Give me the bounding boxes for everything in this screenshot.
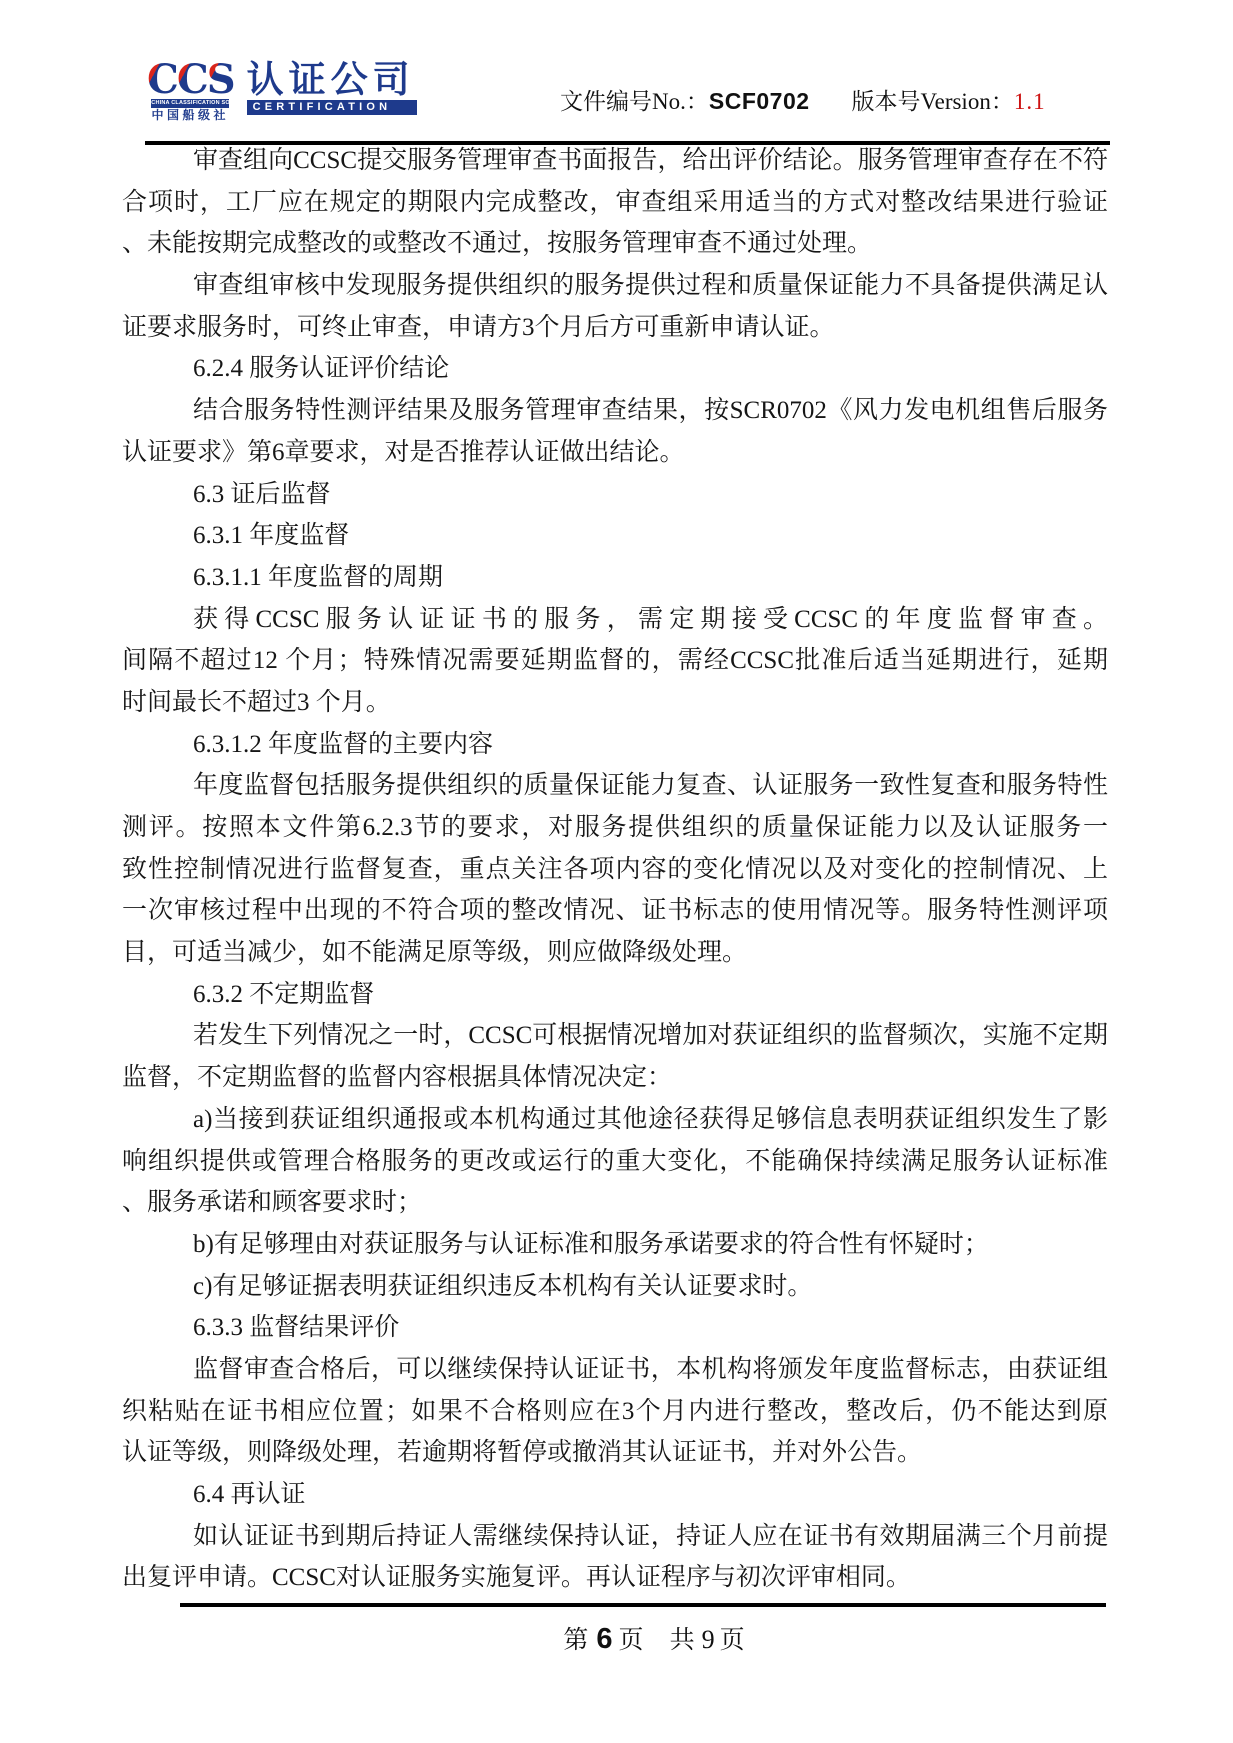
ccs-logo-right: 认证公司 CERTIFICATION (247, 62, 417, 115)
text-line: 合项时，工厂应在规定的期限内完成整改，审查组采用适当的方式对整改结果进行验证 (122, 182, 1108, 224)
text-line: 测评。按照本文件第6.2.3节的要求，对服务提供组织的质量保证能力以及认证服务一 (122, 807, 1108, 849)
doc-no-value: SCF0702 (709, 88, 810, 114)
document-page: CCS CHINA CLASSIFICATION SOCIETY 中国船级社 认… (0, 0, 1233, 1743)
text-line: 获得CCSC服务认证证书的服务，需定期接受CCSC的年度监督审查。原则上两次审查 (122, 599, 1108, 641)
ccs-wordmark: CCS (147, 62, 234, 98)
doc-no-label: 文件编号No.： (560, 89, 709, 114)
text-line: b)有足够理由对获证服务与认证标准和服务承诺要求的符合性有怀疑时； (122, 1224, 1108, 1266)
document-body: 审查组向CCSC提交服务管理审查书面报告，给出评价结论。服务管理审查存在不符合项… (122, 140, 1108, 1599)
text-line: 目，可适当减少，如不能满足原等级，则应做降级处理。 (122, 932, 1108, 974)
text-line: 结合服务特性测评结果及服务管理审查结果，按SCR0702《风力发电机组售后服务 (122, 390, 1108, 432)
ccs-letter: C (147, 56, 177, 103)
text-line: a)当接到获证组织通报或本机构通过其他途径获得足够信息表明获证组织发生了影 (122, 1099, 1108, 1141)
page-number: 第6页共9页 (0, 1622, 1233, 1658)
text-line: c)有足够证据表明获证组织违反本机构有关认证要求时。 (122, 1266, 1108, 1308)
version-label: 版本号Version： (852, 89, 1014, 114)
text-line: 6.3.1.1 年度监督的周期 (122, 557, 1108, 599)
text-line: 审查组审核中发现服务提供组织的服务提供过程和质量保证能力不具备提供满足认 (122, 265, 1108, 307)
text-line: 若发生下列情况之一时，CCSC可根据情况增加对获证组织的监督频次，实施不定期 (122, 1015, 1108, 1057)
text-line: 一次审核过程中出现的不符合项的整改情况、证书标志的使用情况等。服务特性测评项 (122, 890, 1108, 932)
page-current: 6 (596, 1623, 612, 1655)
text-line: 审查组向CCSC提交服务管理审查书面报告，给出评价结论。服务管理审查存在不符 (122, 140, 1108, 182)
text-line: 监督审查合格后，可以继续保持认证证书，本机构将颁发年度监督标志，由获证组 (122, 1349, 1108, 1391)
total-label: 共 (670, 1627, 697, 1654)
text-line: 6.3.2 不定期监督 (122, 974, 1108, 1016)
text-line: 年度监督包括服务提供组织的质量保证能力复查、认证服务一致性复查和服务特性 (122, 765, 1108, 807)
page-label: 第 (563, 1627, 590, 1654)
text-line: 织粘贴在证书相应位置；如果不合格则应在3个月内进行整改，整改后，仍不能达到原 (122, 1391, 1108, 1433)
document-meta: 文件编号No.：SCF0702版本号Version：1.1 (560, 86, 1120, 117)
text-line: 间隔不超过12 个月；特殊情况需要延期监督的，需经CCSC批准后适当延期进行，延… (122, 640, 1108, 682)
text-line: 6.3.1.2 年度监督的主要内容 (122, 724, 1108, 766)
certification-banner: CERTIFICATION (247, 100, 417, 115)
ccs-letter: C (177, 56, 207, 103)
ccs-letter: S (207, 56, 234, 103)
text-line: 认证等级，则降级处理，若逾期将暂停或撤消其认证证书，并对外公告。 (122, 1432, 1108, 1474)
text-line: 证要求服务时，可终止审查，申请方3个月后方可重新申请认证。 (122, 307, 1108, 349)
page-unit: 页 (619, 1627, 646, 1654)
text-line: 6.3.1 年度监督 (122, 515, 1108, 557)
footer-rule (180, 1603, 1106, 1607)
text-line: 出复评申请。CCSC对认证服务实施复评。再认证程序与初次评审相同。 (122, 1557, 1108, 1599)
text-line: 时间最长不超过3 个月。 (122, 682, 1108, 724)
text-line: 6.4 再认证 (122, 1474, 1108, 1516)
page-total: 9 (702, 1625, 715, 1654)
text-line: 认证要求》第6章要求，对是否推荐认证做出结论。 (122, 432, 1108, 474)
text-line: 6.2.4 服务认证评价结论 (122, 348, 1108, 390)
text-line: 如认证证书到期后持证人需继续保持认证，持证人应在证书有效期届满三个月前提 (122, 1516, 1108, 1558)
text-line: 监督，不定期监督的监督内容根据具体情况决定： (122, 1057, 1108, 1099)
text-line: 6.3.3 监督结果评价 (122, 1307, 1108, 1349)
ccs-society-cn: 中国船级社 (152, 109, 230, 122)
version-value: 1.1 (1014, 89, 1046, 114)
text-line: 、服务承诺和顾客要求时； (122, 1182, 1108, 1224)
ccs-logo-left: CCS CHINA CLASSIFICATION SOCIETY 中国船级社 (147, 62, 234, 122)
ccs-logo: CCS CHINA CLASSIFICATION SOCIETY 中国船级社 认… (147, 62, 417, 122)
text-line: 、未能按期完成整改的或整改不通过，按服务管理审查不通过处理。 (122, 223, 1108, 265)
text-line: 6.3 证后监督 (122, 474, 1108, 516)
ccs-society-banner: CHINA CLASSIFICATION SOCIETY (151, 99, 229, 108)
text-line: 致性控制情况进行监督复查，重点关注各项内容的变化情况以及对变化的控制情况、上 (122, 849, 1108, 891)
total-unit: 页 (720, 1627, 747, 1654)
text-line: 响组织提供或管理合格服务的更改或运行的重大变化，不能确保持续满足服务认证标准 (122, 1141, 1108, 1183)
company-name: 认证公司 (247, 62, 417, 98)
